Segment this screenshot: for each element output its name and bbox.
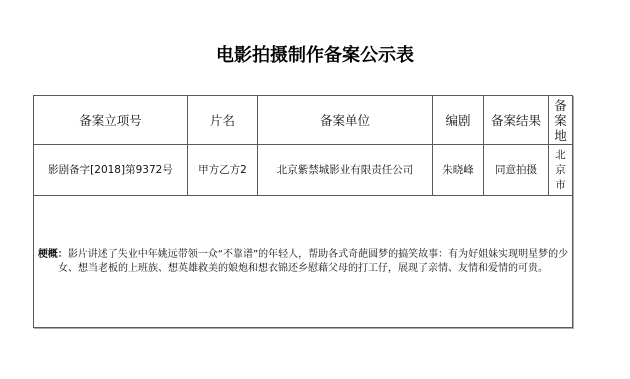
cell-filing-location: 北京市 (549, 145, 573, 196)
cell-film-title: 甲方乙方2 (188, 145, 258, 196)
synopsis-label: 梗概： (38, 249, 68, 260)
cell-filing-number: 影剧备字[2018]第9372号 (34, 145, 188, 196)
synopsis-cell: 梗概：影片讲述了失业中年姚远带领一众“不靠谱”的年轻人，帮助各式奇葩圆梦的搞笑故… (34, 196, 573, 328)
cell-screenwriter: 朱晓峰 (433, 145, 484, 196)
header-filing-result: 备案结果 (484, 96, 549, 145)
page-title: 电影拍摄制作备案公示表 (0, 41, 630, 67)
filing-notice-page: 电影拍摄制作备案公示表 备案立项号 片名 备案单位 编剧 备案结果 备案地 影剧… (0, 0, 630, 379)
cell-filing-result: 同意拍摄 (484, 145, 549, 196)
header-film-title: 片名 (188, 96, 258, 145)
header-filing-location: 备案地 (549, 96, 573, 145)
synopsis-text: 影片讲述了失业中年姚远带领一众“不靠谱”的年轻人，帮助各式奇葩圆梦的搞笑故事：有… (58, 249, 568, 274)
filing-table: 备案立项号 片名 备案单位 编剧 备案结果 备案地 影剧备字[2018]第937… (33, 95, 573, 328)
table-header-row: 备案立项号 片名 备案单位 编剧 备案结果 备案地 (34, 96, 573, 145)
cell-filing-unit: 北京紫禁城影业有限责任公司 (258, 145, 433, 196)
table-row: 影剧备字[2018]第9372号 甲方乙方2 北京紫禁城影业有限责任公司 朱晓峰… (34, 145, 573, 196)
header-screenwriter: 编剧 (433, 96, 484, 145)
header-filing-number: 备案立项号 (34, 96, 188, 145)
header-filing-unit: 备案单位 (258, 96, 433, 145)
synopsis-row: 梗概：影片讲述了失业中年姚远带领一众“不靠谱”的年轻人，帮助各式奇葩圆梦的搞笑故… (34, 196, 573, 328)
